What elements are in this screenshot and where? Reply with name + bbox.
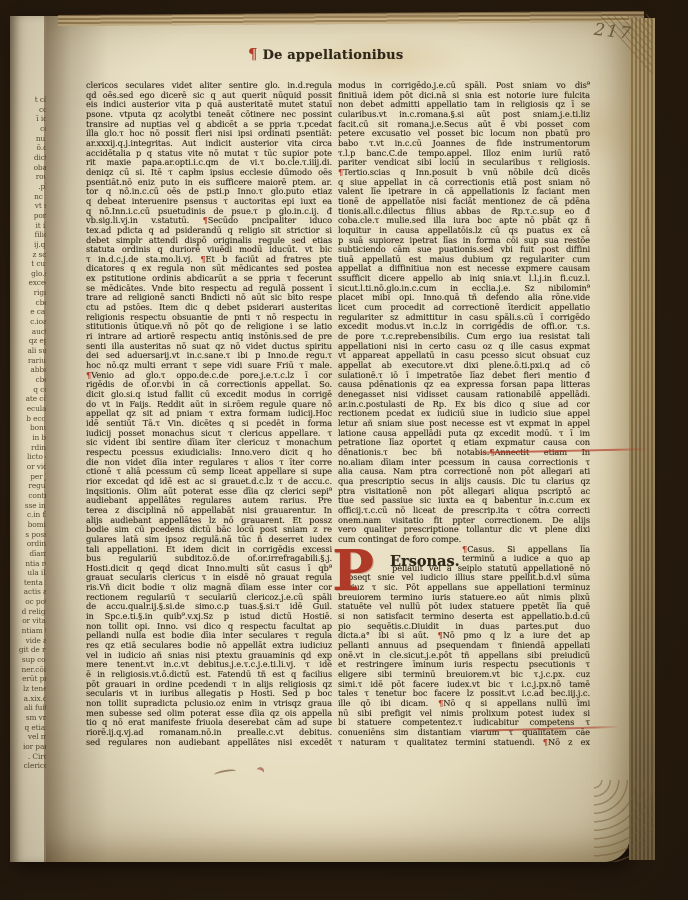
text-line: non tollit opi. Inno. vsi dico q respect… [86,622,332,632]
text-line: qd oēs.sed ego dicerē sic q aut querit n… [86,91,332,101]
drop-cap-initial: P [332,545,390,605]
text-line: eculari [18,404,46,414]
text-line: or vita.τ [18,616,46,626]
text-line: licet cum procedit ad correctionē īterdi… [338,303,590,313]
text-line: tiue sed passiue sic iuxta ea q babentur… [338,496,590,506]
text-line: terminū a iudice a quo ap [462,554,590,564]
text-line: per Jo [18,472,46,482]
text-line: audiebant appellātes regulares autem rar… [86,496,332,506]
text-line: rarius: [18,356,46,366]
left-text-column: clericos seculares videt aliter sentire … [86,81,332,747]
text-line: tex.ad pdicta q ad psiderandū q religio … [86,226,332,236]
text-line: in Spc.e.ti.§.in quib⁹.v.xj.Sz p istud d… [86,612,332,622]
rubric-pilcrow-icon: ¶ [86,371,91,380]
text-line: ula illā [18,568,46,578]
text-line: ntia rdī [18,559,46,569]
text-line: s posse [18,530,46,540]
text-line: respectu pcessus exiudicialis: Inno.vero… [86,448,332,458]
text-line: ordinis [18,539,46,549]
rubric-pilcrow-icon: ¶ [203,216,208,225]
text-line: con [18,105,46,115]
text-line: secularis vt in iuribus allegatis p Host… [86,689,332,699]
running-header: ¶ De appellationibus [248,44,403,63]
text-line: cularibus.vt in.c.romana.§.si aūt post s… [338,110,590,120]
text-line: letur añ sniam siue post necesse est vt … [338,419,590,429]
text-line: bomi.τ [18,520,46,530]
text-line: rectionem regulariū τ seculariū clericoz… [86,593,332,603]
bottom-right-page-curl [594,780,654,862]
text-line: accidētalia p q status vite nō mutat τ t… [86,149,332,159]
text-line: appellat qz sit ad pniam τ extra formam … [86,409,332,419]
text-line: transire ad nuptias vel q abdicēt a se p… [86,120,332,130]
text-line: q debeat interuenire psensus τ auctorita… [86,197,332,207]
text-line: psentiāt.nō eniz puto in eis sufficere m… [86,178,332,188]
text-line: ri intrare ad artiorē respectu antiq ins… [86,332,332,342]
text-line: rigas [18,288,46,298]
text-line: pio sequētis.c.Diuidit in duas partes.pu… [338,622,590,632]
right-column-upper-text: modus in corrigēdo.j.e.cū spāli. Post sn… [338,81,590,545]
text-line: ssufficit dicere appello ab iniq snia.vt… [338,274,590,284]
text-line: sed regulares non audiebant appellātes n… [86,738,332,748]
text-line: do vt in Faijs. Reddit aūt in si.rōem re… [86,400,332,410]
rubric-pilcrow-icon: ¶ [489,448,494,457]
text-line: bonus [18,423,46,433]
text-line: dēnationis.τ bec bñ notabis.¶Annectit et… [338,448,590,458]
text-line: pōt grauari in ordine pcedendi τ in alij… [86,680,332,690]
text-line: obati [18,163,46,173]
text-line: τ in.d.c.j.de sta.mo.li.vj. ¶Et b faciūt… [86,255,332,265]
text-line: cbor [18,298,46,308]
text-line: debet simplr attendi dispō originalis re… [86,236,332,246]
text-line: vide ad [18,636,46,646]
text-line: sic vident ibi sentire dīiam īter cleric… [86,438,332,448]
text-line: vt so [18,201,46,211]
text-line: nc iu [18,192,46,202]
text-line: vel mo [18,732,46,742]
text-line: exced. [18,278,46,288]
text-line: pellandi nulla est bodie dīia inter secu… [86,631,332,641]
text-line: deniqz cū si. Itē τ capłm ipsius ecclesi… [86,168,332,178]
text-line: tenta in [18,578,46,588]
fore-edge-page-stack [629,18,655,860]
text-line: nū sibi prefigit vel nimis prolixum pote… [338,709,590,719]
rubric-pilcrow-icon: ¶ [438,699,443,708]
text-line: clericos seculares videt aliter sentire … [86,81,332,91]
text-line: tali appellationi. Et idem dicit in corr… [86,545,332,555]
text-line: z scri [18,250,46,260]
text-line: facit.cū sit romana.j.e.Secus aūt ē vbi … [338,120,590,130]
text-line: modus in corrigēdo.j.e.cū spāli. Post sn… [338,81,590,91]
text-line: regula [18,481,46,491]
text-line: Hosti.dicit q qeqd dicat Inno.multi sūt … [86,564,332,574]
text-line: p suā supiorez ipetrat līas in forma cōi… [338,236,590,246]
text-line: conueniēns sim distantiam viarum τ quali… [338,728,590,738]
text-line: terea z disciplinā nō appellabāt nisi gr… [86,506,332,516]
text-line: sm vnū [18,713,46,723]
text-line: petere excusatio vel posset bic locum no… [338,129,590,139]
text-line: ponū [18,211,46,221]
text-line: dicit glo.si.q istud fallit cū excedit m… [86,390,332,400]
text-line: iudicij posset monachus sicut τ clericus… [86,429,332,439]
text-line: tionis.all.c.dilectus filius abbas de Rp… [338,207,590,217]
text-line: loquitur in causa appellatōis.lz cū qs p… [338,226,590,236]
text-line: rior excedat qd idē est ac si grauet.d.c… [86,477,332,487]
text-line: ille qō ibi dicam. ¶Nō q si appellans nu… [338,699,590,709]
text-line: psone. vtputa qz acolytbi teneāt cōtiner… [86,110,332,120]
text-line: mere tenent.vt in.c.vt debitus.j.e.τ.c.j… [86,660,332,670]
text-line: men subesse sed olim poterat esse dīia q… [86,709,332,719]
text-line: gulares latā sim ipsoz regulā.nā tūc ñ d… [86,535,332,545]
text-line: ctionē τ aliā pcessum cū semp liceat app… [86,467,332,477]
rubric-pilcrow-icon: ¶ [200,255,205,264]
text-line: ī ide [18,114,46,124]
text-line: τ naturam τ qualitatez termini statuendi… [338,738,590,748]
text-line: git de re. [18,645,46,655]
text-line: et restringere īminum iuris respectu pse… [338,660,590,670]
text-line: statuta ordinis q duriorē viuēdi modū id… [86,245,332,255]
facing-page-text-fragments: t cāzconī idecornulliō.dedictaobatirouz.… [18,95,46,771]
text-line: de accu.qualr.ij.§.si.de simo.c.p tuas.§… [86,602,332,612]
text-line: dei sed aduersarij.vt in.c.sane.τ ibi p … [86,351,332,361]
text-line: placet mibi opi. Inno.quā tñ defendo ali… [338,293,590,303]
text-line: onē.vt in cle.sicut.j.e.pōt tñ appellans… [338,651,590,661]
text-line: denegasset nisi vidisset causam rationab… [338,390,590,400]
text-line: grauat secularis clericus τ in eisdē nō … [86,573,332,583]
book-photo: t cāzconī idecornulliō.dedictaobatirouz.… [0,0,688,900]
text-line: c.ioan [18,317,46,327]
text-line: trare ad religionē sancti Bndicti nō aūt… [86,293,332,303]
text-line: petratione līaz oportet q etiam expmatur… [338,438,590,448]
text-line: pellanti annuus ad psequendam τ finiendā… [338,641,590,651]
text-line: ar.xxxij.q.j.integritas. Aut indicit aus… [86,139,332,149]
text-line: vt appareat appellatū in casu pcesso sic… [338,351,590,361]
text-line: senti illa austeritas nō suat qz nō vide… [86,342,332,352]
text-line: ¶Casus. Si appellans līa [462,545,590,555]
text-line: ctu ad pstōes. Item dic q debet psiderar… [86,303,332,313]
text-line: rectionem pcedat ex iudiciū siue in iudi… [338,409,590,419]
text-line: illa glo.τ hoc nō possit fieri nisi ipsi… [86,129,332,139]
rubric-pilcrow-icon: ¶ [543,738,548,747]
text-line: ner.cōiz. [18,665,46,675]
rubric-pilcrow-icon: ¶ [338,168,343,177]
text-line: sup co.ō [18,655,46,665]
text-line: ptra visitationē non pōt allegari aliqua… [338,487,590,497]
text-line: clericos [18,761,46,771]
text-line: b eccle [18,414,46,424]
text-line: valent līe ipetrare in cā appellationis … [338,187,590,197]
text-line: eis indici austerior vita p quā austerit… [86,100,332,110]
text-line: si non satisfacit termino deserta est ap… [338,612,590,622]
text-line: or vide [18,462,46,472]
lemma-word: Ersonas. [390,553,460,570]
text-line: coba.cle.τ mulie.sed illa iura boc apte … [338,216,590,226]
text-line: erūt pro [18,674,46,684]
text-line: ē in religiosis.vt.ō.dictū est. Fatendū … [86,670,332,680]
text-line: rouz [18,172,46,182]
text-line: babo τ.vt in.c.cū Joannes de fide instru… [338,139,590,149]
text-line: idē sentiūt Tā.τ Vin. dicētes q si pcedē… [86,419,332,429]
text-line: ate cōā [18,394,46,404]
text-line: t cāz [18,95,46,105]
text-line: ali sut. [18,346,46,356]
text-line: q etiam [18,723,46,733]
text-line: latione causa appellādi puta qz excedit … [338,429,590,439]
text-line: .pbi [18,182,46,192]
text-line: bodie sim cū pcedens dictū bāc locū post… [86,525,332,535]
text-line: die non videt dīia inter regulares τ ali… [86,458,332,468]
text-line: se mēdicātes. Vnde bito respectu ad regu… [86,284,332,294]
text-line: bus regulariū subditoz.ō.de of.or.irrefr… [86,554,332,564]
text-line: inqsitionis. Olim aūt poterat esse dīia … [86,487,332,497]
facing-page-edge: t cāzconī idecornulliō.dedictaobatirouz.… [10,16,46,862]
text-line: dicatores q ex regula non sūt mēdicantes… [86,264,332,274]
text-line: no.aliam dīiam inter pcessum in causa co… [338,458,590,468]
text-line: pariter vendicat sibi lociū in secularib… [338,158,590,168]
text-line: cor [18,124,46,134]
text-line: t cum [18,259,46,269]
text-line: it ibi [18,221,46,231]
text-line: alia causa. Nam ptra correctionē non pōt… [338,467,590,477]
text-line: appellat ab executore.vt dixi plene.ō.ti… [338,361,590,371]
text-line: ior para [18,742,46,752]
right-text-column: modus in corrigēdo.j.e.cū spāli. Post sn… [338,81,590,747]
text-line: finitiuā idem pōt dici.nā si snia est no… [338,91,590,101]
text-line: regulariter sz admittitur in casu spāli.… [338,313,590,323]
text-line: ar.in.c.postulasti de Rp. Ex bis dico q … [338,400,590,410]
text-line: officij.τ.c.cū nō liceat de prescrip.ita… [338,506,590,516]
text-line: aucto [18,327,46,337]
text-line: rigēdis de of.or.vbi in cā correctionis … [86,380,332,390]
text-line: appellationi nisi in certo casu oz q ill… [338,342,590,352]
text-line: e capi [18,307,46,317]
text-line: filios [18,230,46,240]
text-line: in bis [18,433,46,443]
text-line: glo.sz [18,269,46,279]
text-line: c.in fin [18,510,46,520]
text-line: ali fuit ī [18,703,46,713]
text-line: vel in iudicio añ snias nisi ptextu grau… [86,651,332,661]
text-line: vb.sig.li.vj.in v.statutū. ¶Secūdo pncip… [86,216,332,226]
text-line: q nō.Inn.i.c.cū psuetudinis de psue.τ p … [86,207,332,217]
text-line: tales τ tenetur boc facere lz possit.vt … [338,689,590,699]
rubric-pilcrow-icon: ¶ [248,45,258,63]
text-line: res qz etiā seculares bodie nō appellāt … [86,641,332,651]
text-line: dīam ī [18,549,46,559]
text-line: tor q nō.in.c.cū oēs de psti.p Inno.τ gl… [86,187,332,197]
text-line: de pore τ.c.reprebensibilis. Cum ergo iu… [338,332,590,342]
personas-section: P Ersonas. ¶Casus. Si appellans līatermi… [338,545,590,748]
text-line: dicta [18,153,46,163]
text-line: ō.de [18,143,46,153]
rubric-pilcrow-icon: ¶ [462,545,467,554]
text-line: actis ab [18,587,46,597]
text-line: riorē.ij.q.vj.ad romanam.nō.in prealle.c… [86,728,332,738]
text-line: ¶Venio ad glo.τ oppo.de.c.de pore.j.e.τ.… [86,371,332,381]
text-line: subticiendo cām sue puationis.sed vbi fu… [338,245,590,255]
text-line: simi.τ idē pōt facere iudex.vt bic τ i.c… [338,680,590,690]
text-line: excedit modus.vt in.c.lz in corrigēdis d… [338,322,590,332]
text-line: sicut.l.ti.nō.glo.in.c.cum in ecclia.j.e… [338,284,590,294]
text-line: ntiam te [18,626,46,636]
text-line: qua prescriptio secus in alijs causis. D… [338,477,590,487]
text-line: sulationē.τ iō ī impetratōe līaz debet f… [338,371,590,381]
text-line: non tollit supradicta pclusio.oz enim in… [86,699,332,709]
text-line: ex pstitutione ordinis abdicarūt a se pp… [86,274,332,284]
text-line: religionis respectu obsuantie de pnti τ … [86,313,332,323]
text-line: sse in.c [18,501,46,511]
text-line: rit maxie papa.ar.opti.i.c.qm de vi.τ bo… [86,158,332,168]
text-line: bi statuere competentez.τ iudicabitur co… [338,718,590,728]
text-line: q cor [18,385,46,395]
text-line: causa pdēnationis qz ea expressa forsan … [338,380,590,390]
text-line: oc pote [18,597,46,607]
text-line: tionē de appellatōe nisi faciāt mentione… [338,197,590,207]
text-line: hoc nō.qz multi errant τ sepe vidi suare… [86,361,332,371]
text-line: appellat a diffinitiua non est necesse e… [338,264,590,274]
text-line: ij.q.j. [18,240,46,250]
text-line: dicta.a° ibi si aūt. ¶Nō pmo q lz a iure… [338,631,590,641]
text-line: contra [18,491,46,501]
text-line: vero qualiter prescriptione tollantur di… [338,525,590,535]
text-line: onem.nam visitatio fit ppter correctione… [338,516,590,526]
text-line: rdinis [18,443,46,453]
text-line: eligere sibi terminū breuiorem.vt bic τ.… [338,670,590,680]
text-line: qz eps [18,336,46,346]
text-line: q siue appellat in cā correctionis etiā … [338,178,590,188]
rubric-pilcrow-icon: ¶ [437,631,442,640]
text-line: nulli [18,134,46,144]
text-line: . Circa [18,752,46,762]
text-line: licto ct [18,452,46,462]
text-line: lz tenen [18,684,46,694]
page-title: De appellationibus [263,48,404,63]
text-line: cbor [18,375,46,385]
text-line: abbas [18,365,46,375]
bottom-page-edges [56,858,640,878]
text-line: a.xix.di. [18,694,46,704]
text-line: ris.Vñ dicit bodie τ oliz magnā dīiam es… [86,583,332,593]
text-line: non debet admitti appellatio tam in reli… [338,100,590,110]
text-line: alijs audiebant appellātes lz nō grauare… [86,516,332,526]
text-line: stitutionis ūtique.vñ nō pōt qo de relig… [86,322,332,332]
text-line: tio q nō erat manifeste friuola desereba… [86,718,332,728]
text-line: τ.l.p banc.C.de tempo.appel. Illoz enim … [338,149,590,159]
text-line: cum contingat de foro compe. [338,535,590,545]
text-line: tiuā appellatū est maius dubium qz regul… [338,255,590,265]
text-line: d religio [18,607,46,617]
text-line: ¶Tertio.scias q Inn.posuit b vnū nōbile … [338,168,590,178]
